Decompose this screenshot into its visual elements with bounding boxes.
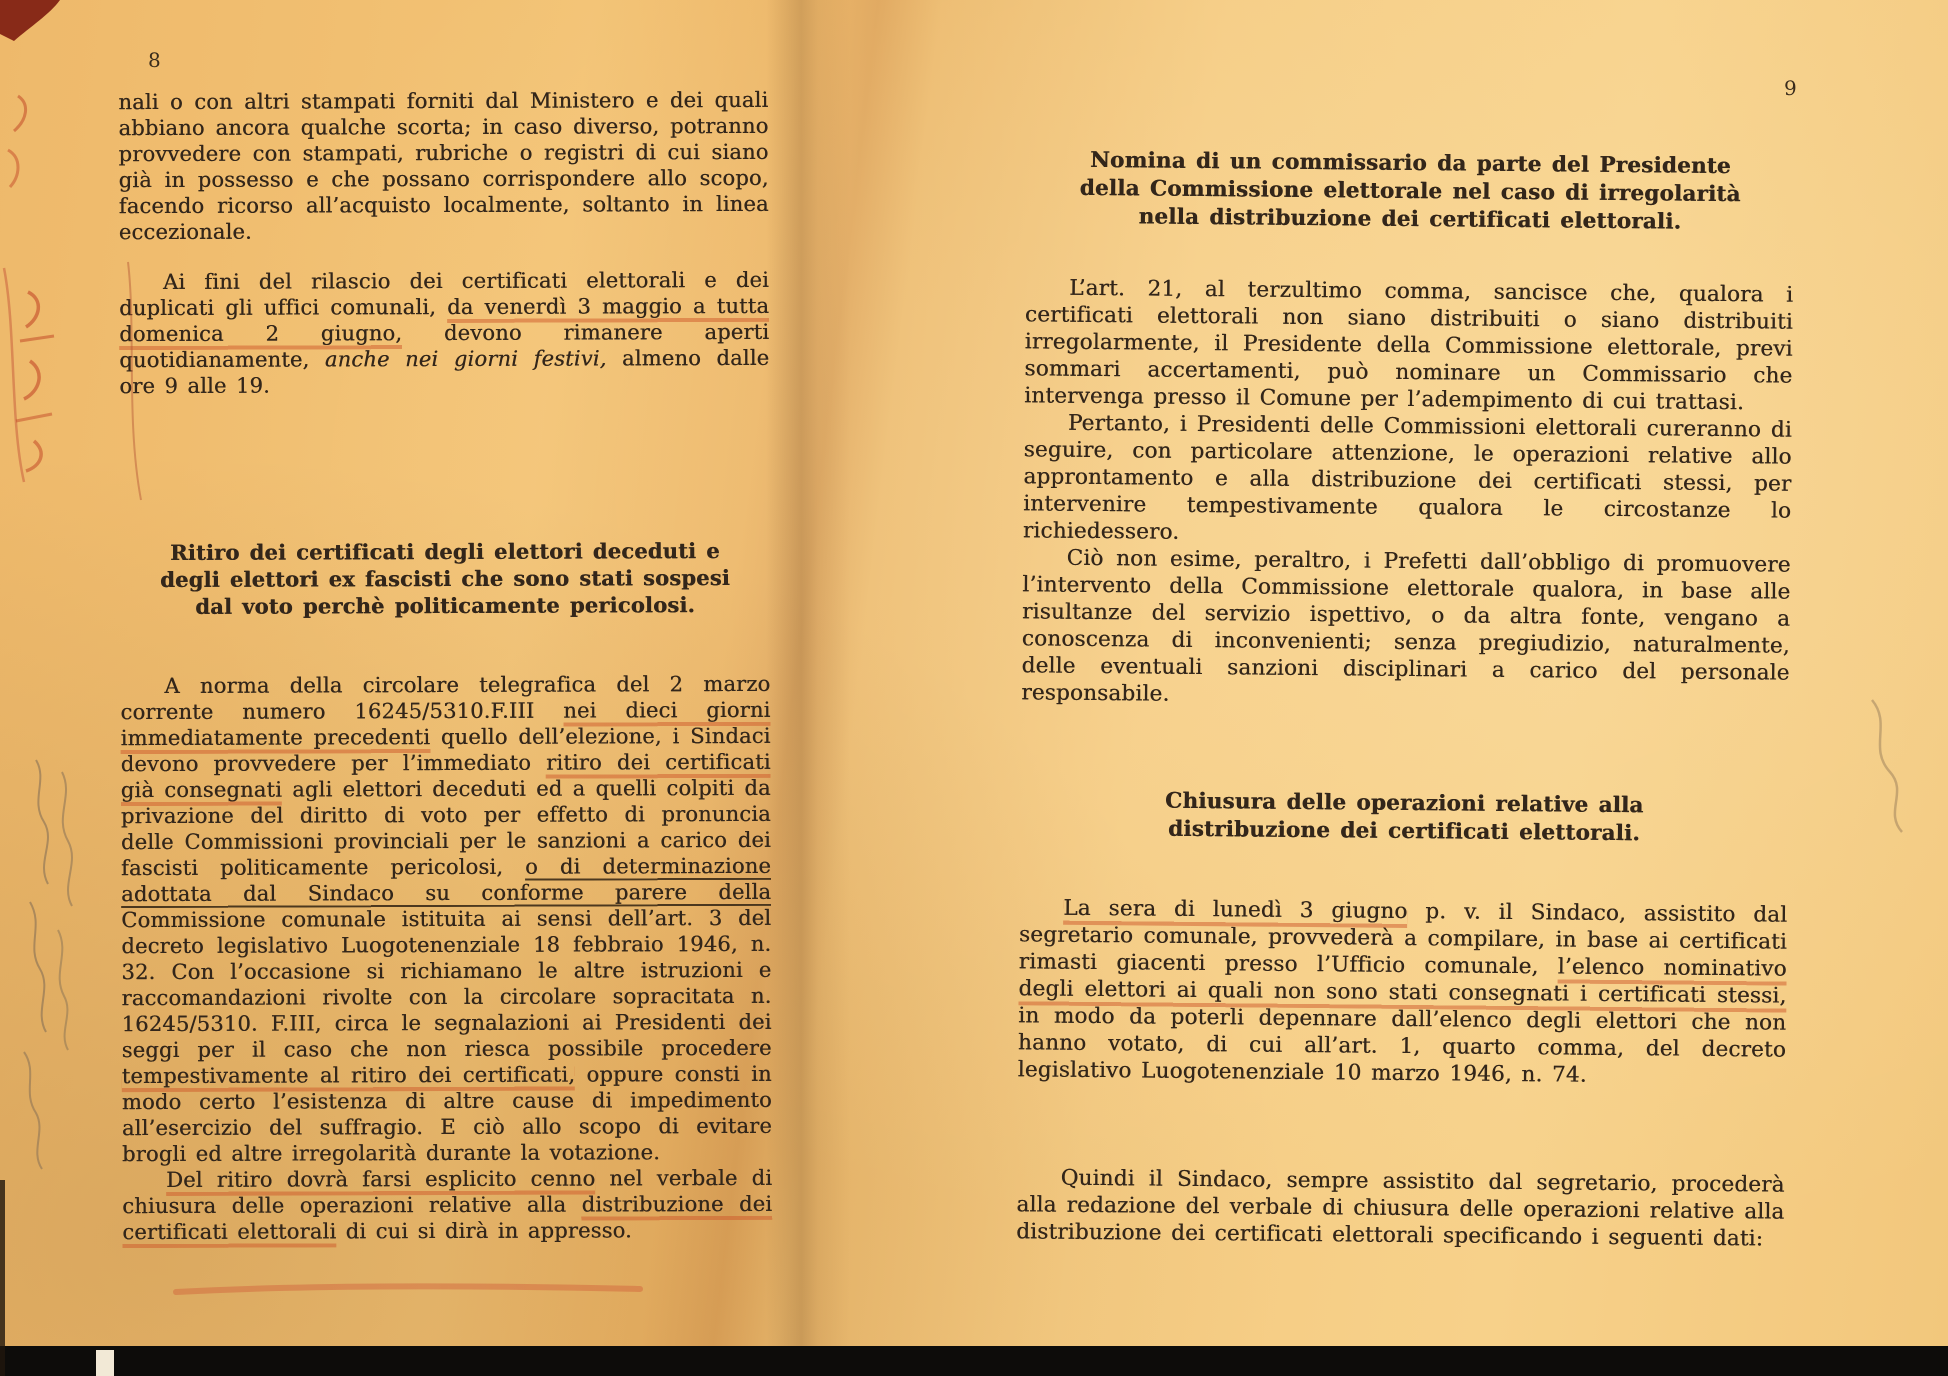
red-margin-bracket <box>4 268 24 482</box>
red-margin-mark <box>8 150 18 187</box>
text-segment: Commissione comunale istituita ai sensi … <box>121 906 772 1062</box>
red-margin-mark <box>26 441 41 471</box>
section-heading-ritiro: Ritiro dei certificati degli elettori de… <box>120 537 770 620</box>
red-margin-mark <box>24 361 39 399</box>
red-margin-mark <box>14 96 26 131</box>
pencil-handwriting <box>36 760 48 884</box>
para-pertanto: Pertanto, i Presidenti delle Commissioni… <box>1023 409 1792 551</box>
text-segment: di cui si dirà in appresso. <box>336 1218 632 1243</box>
red-underlined-text: tempestivamente al ritiro dei certificat… <box>122 1063 575 1089</box>
italic-text: anche nei giorni festivi, <box>325 346 607 371</box>
para-cio-non-esime: Ciò non esime, peraltro, i Prefetti dall… <box>1021 544 1791 713</box>
para-la-sera: La sera di lunedì 3 giugno p. v. il Sind… <box>1018 894 1788 1090</box>
pencil-handwriting-right <box>1872 700 1902 832</box>
section-heading-chiusura: Chiusura delle operazioni relative alla … <box>1020 786 1789 849</box>
para-ritiro-close: Del ritiro dovrà farsi esplicito cenno n… <box>122 1165 772 1245</box>
pencil-handwriting <box>24 1052 42 1169</box>
red-underlined-text: La sera di lunedì 3 giugno <box>1063 896 1407 924</box>
para-continuation: nali o con altri stampati forniti dal Mi… <box>118 87 769 245</box>
page-left: nali o con altri stampati forniti dal Mi… <box>118 0 773 1376</box>
para-office-hours: Ai fini del rilascio dei certificati ele… <box>119 267 769 399</box>
section-heading-nomina: Nomina di un commissario da parte del Pr… <box>1026 146 1795 237</box>
document-spread: 8 9 nali o con altri stampati forniti da… <box>0 0 1948 1376</box>
corner-stain <box>0 0 60 41</box>
text-segment: in modo da poterli depennare dall’elenco… <box>1018 1003 1787 1087</box>
page-right: Nomina di un commissario da parte del Pr… <box>1015 0 1796 1376</box>
pencil-handwriting <box>58 930 68 1050</box>
red-underlined-text: Del ritiro dovrà farsi esplicito cenno <box>166 1166 595 1191</box>
para-nomina-block: L’art. 21, al terzultimo comma, sancisce… <box>1021 274 1793 713</box>
red-margin-mark <box>16 414 52 421</box>
para-quindi: Quindi il Sindaco, sempre assistito dal … <box>1016 1164 1785 1252</box>
para-art21: L’art. 21, al terzultimo comma, sancisce… <box>1024 274 1793 416</box>
para-ritiro-block: A norma della circolare telegrafica del … <box>120 671 772 1245</box>
red-margin-mark <box>20 336 54 341</box>
red-margin-mark <box>26 292 38 327</box>
para-ritiro-body: A norma della circolare telegrafica del … <box>120 671 772 1167</box>
scan-bottom-border <box>0 1346 1948 1376</box>
pencil-handwriting <box>62 772 72 906</box>
page-gutter-shadow <box>766 0 850 1376</box>
pencil-handwriting <box>30 902 46 1032</box>
